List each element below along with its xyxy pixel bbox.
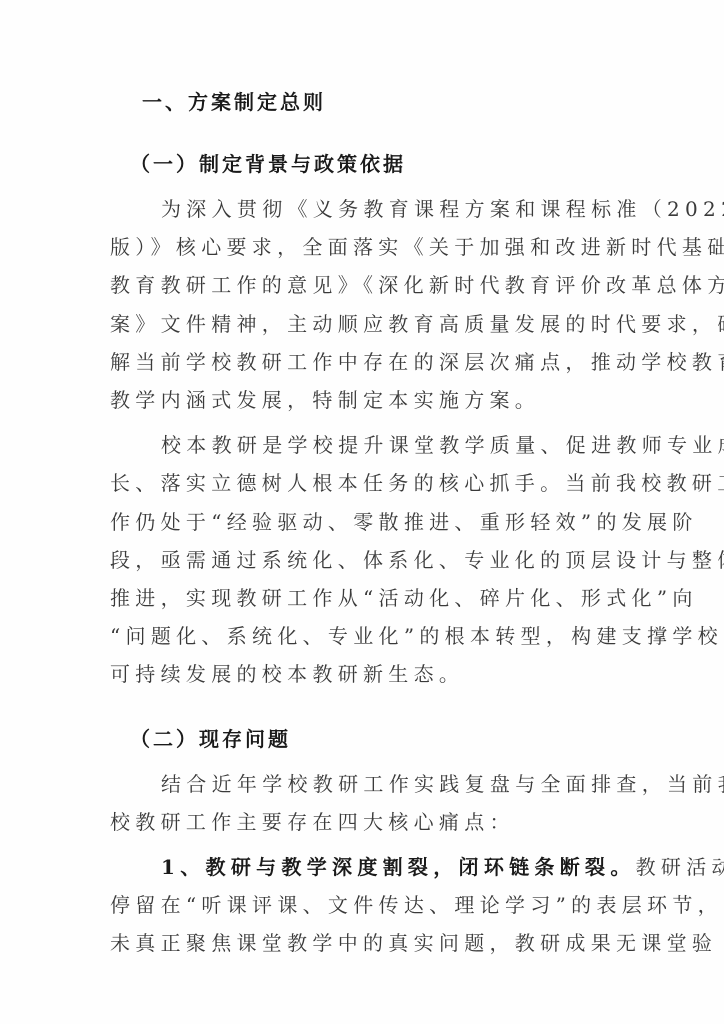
- text-line: 校教研工作主要存在四大核心痛点：: [110, 803, 602, 841]
- document-page: 一、方案制定总则 （一）制定背景与政策依据 为深入贯彻《义务教育课程方案和课程标…: [110, 82, 602, 970]
- text-line: 解当前学校教研工作中存在的深层次痛点，推动学校教育: [110, 343, 602, 381]
- text-line: 校本教研是学校提升课堂教学质量、促进教师专业成: [110, 426, 602, 464]
- text-line: 结合近年学校教研工作实践复盘与全面排查，当前我: [110, 765, 602, 803]
- heading-level-1: 一、方案制定总则: [142, 82, 602, 122]
- text-line: 未真正聚焦课堂教学中的真实问题，教研成果无课堂验: [110, 924, 602, 962]
- text-line: 1、教研与教学深度割裂，闭环链条断裂。教研活动多: [110, 848, 602, 886]
- item-1-first-line-rest: 教研活动多: [636, 855, 724, 879]
- section-1-paragraph-2: 校本教研是学校提升课堂教学质量、促进教师专业成 长、落实立德树人根本任务的核心抓…: [110, 426, 602, 693]
- section-1-paragraph-1: 为深入贯彻《义务教育课程方案和课程标准（2022 年 版）》核心要求，全面落实《…: [110, 190, 602, 419]
- text-line: 段，亟需通过系统化、体系化、专业化的顶层设计与整体: [110, 541, 602, 579]
- text-line: 为深入贯彻《义务教育课程方案和课程标准（2022 年: [110, 190, 602, 228]
- item-1-bold-lead: 1、教研与教学深度割裂，闭环链条断裂。: [161, 855, 636, 879]
- section-spacer: [110, 701, 602, 719]
- section-2-heading: （二）现存问题: [130, 719, 602, 759]
- section-1-heading: （一）制定背景与政策依据: [130, 144, 602, 184]
- text-line: “问题化、系统化、专业化”的根本转型，构建支撑学校: [110, 617, 602, 655]
- section-2-paragraph-1: 结合近年学校教研工作实践复盘与全面排查，当前我 校教研工作主要存在四大核心痛点：: [110, 765, 602, 841]
- text-line: 教育教研工作的意见》《深化新时代教育评价改革总体方: [110, 266, 602, 304]
- text-line: 版）》核心要求，全面落实《关于加强和改进新时代基础: [110, 228, 602, 266]
- text-line: 长、落实立德树人根本任务的核心抓手。当前我校教研工: [110, 464, 602, 502]
- section-2-item-1: 1、教研与教学深度割裂，闭环链条断裂。教研活动多 停留在“听课评课、文件传达、理…: [110, 848, 602, 963]
- text-line: 案》文件精神，主动顺应教育高质量发展的时代要求，破: [110, 305, 602, 343]
- text-line: 推进，实现教研工作从“活动化、碎片化、形式化”向: [110, 579, 602, 617]
- text-line: 作仍处于“经验驱动、零散推进、重形轻效”的发展阶: [110, 503, 602, 541]
- text-line: 教学内涵式发展，特制定本实施方案。: [110, 381, 602, 419]
- text-line: 可持续发展的校本教研新生态。: [110, 655, 602, 693]
- text-line: 停留在“听课评课、文件传达、理论学习”的表层环节，: [110, 886, 602, 924]
